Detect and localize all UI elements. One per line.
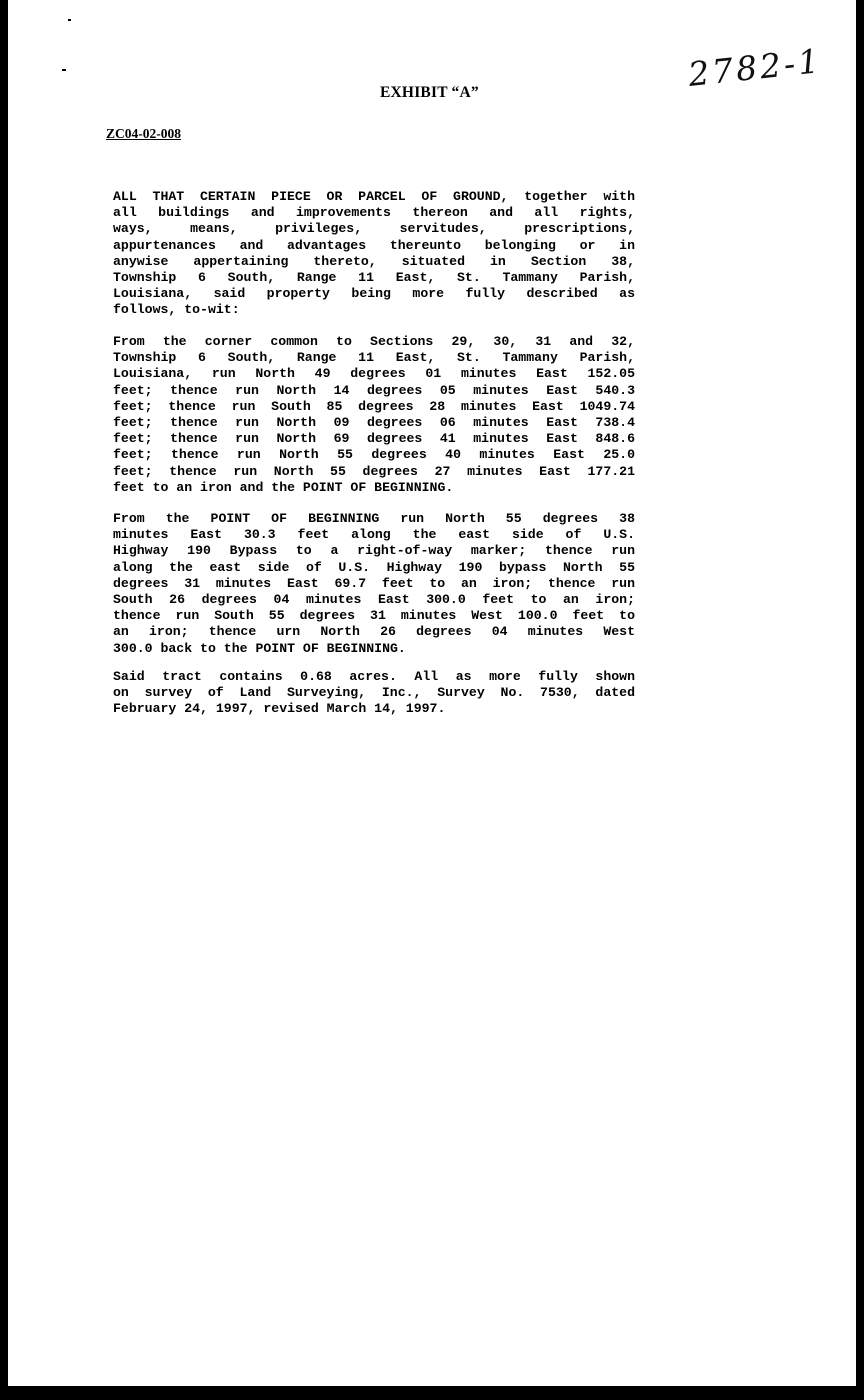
text-line: feet; thence run North 55 degrees 40 min…: [113, 447, 635, 463]
text-line: 300.0 back to the POINT OF BEGINNING.: [113, 641, 635, 657]
text-line: From the corner common to Sections 29, 3…: [113, 334, 635, 350]
text-line: Highway 190 Bypass to a right-of-way mar…: [113, 543, 635, 559]
case-number: ZC04-02-008: [106, 126, 181, 142]
paragraph-acreage-survey: Said tract contains 0.68 acres. All as m…: [113, 669, 635, 718]
text-line: South 26 degrees 04 minutes East 300.0 f…: [113, 592, 635, 608]
text-line: degrees 31 minutes East 69.7 feet to an …: [113, 576, 635, 592]
text-line: Township 6 South, Range 11 East, St. Tam…: [113, 270, 635, 286]
text-line: feet; thence run North 09 degrees 06 min…: [113, 415, 635, 431]
text-line: thence run South 55 degrees 31 minutes W…: [113, 608, 635, 624]
text-line: Louisiana, run North 49 degrees 01 minut…: [113, 366, 635, 382]
text-line: ALL THAT CERTAIN PIECE OR PARCEL OF GROU…: [113, 189, 635, 205]
text-line: Township 6 South, Range 11 East, St. Tam…: [113, 350, 635, 366]
text-line: all buildings and improvements thereon a…: [113, 205, 635, 221]
text-line: feet; thence run North 69 degrees 41 min…: [113, 431, 635, 447]
text-line: on survey of Land Surveying, Inc., Surve…: [113, 685, 635, 701]
text-line: follows, to-wit:: [113, 302, 635, 318]
text-line: minutes East 30.3 feet along the east si…: [113, 527, 635, 543]
exhibit-title: EXHIBIT “A”: [380, 84, 479, 102]
document-page: EXHIBIT “A” 2782-1 ZC04-02-008 ALL THAT …: [8, 0, 856, 1386]
text-line: Louisiana, said property being more full…: [113, 286, 635, 302]
text-line: February 24, 1997, revised March 14, 199…: [113, 701, 635, 717]
scan-speck: [62, 69, 66, 71]
text-line: feet; thence run South 85 degrees 28 min…: [113, 399, 635, 415]
text-line: ways, means, privileges, servitudes, pre…: [113, 221, 635, 237]
text-line: along the east side of U.S. Highway 190 …: [113, 560, 635, 576]
text-line: feet to an iron and the POINT OF BEGINNI…: [113, 480, 635, 496]
paragraph-property-description: ALL THAT CERTAIN PIECE OR PARCEL OF GROU…: [113, 189, 635, 319]
text-line: anywise appertaining thereto, situated i…: [113, 254, 635, 270]
text-line: feet; thence run North 14 degrees 05 min…: [113, 383, 635, 399]
text-line: Said tract contains 0.68 acres. All as m…: [113, 669, 635, 685]
handwritten-annotation: 2782-1: [686, 41, 823, 94]
text-line: an iron; thence urn North 26 degrees 04 …: [113, 624, 635, 640]
text-line: feet; thence run North 55 degrees 27 min…: [113, 464, 635, 480]
text-line: appurtenances and advantages thereunto b…: [113, 238, 635, 254]
paragraph-commencement-course: From the corner common to Sections 29, 3…: [113, 334, 635, 496]
paragraph-boundary-course: From the POINT OF BEGINNING run North 55…: [113, 511, 635, 657]
text-line: From the POINT OF BEGINNING run North 55…: [113, 511, 635, 527]
scan-speck: [68, 19, 71, 21]
